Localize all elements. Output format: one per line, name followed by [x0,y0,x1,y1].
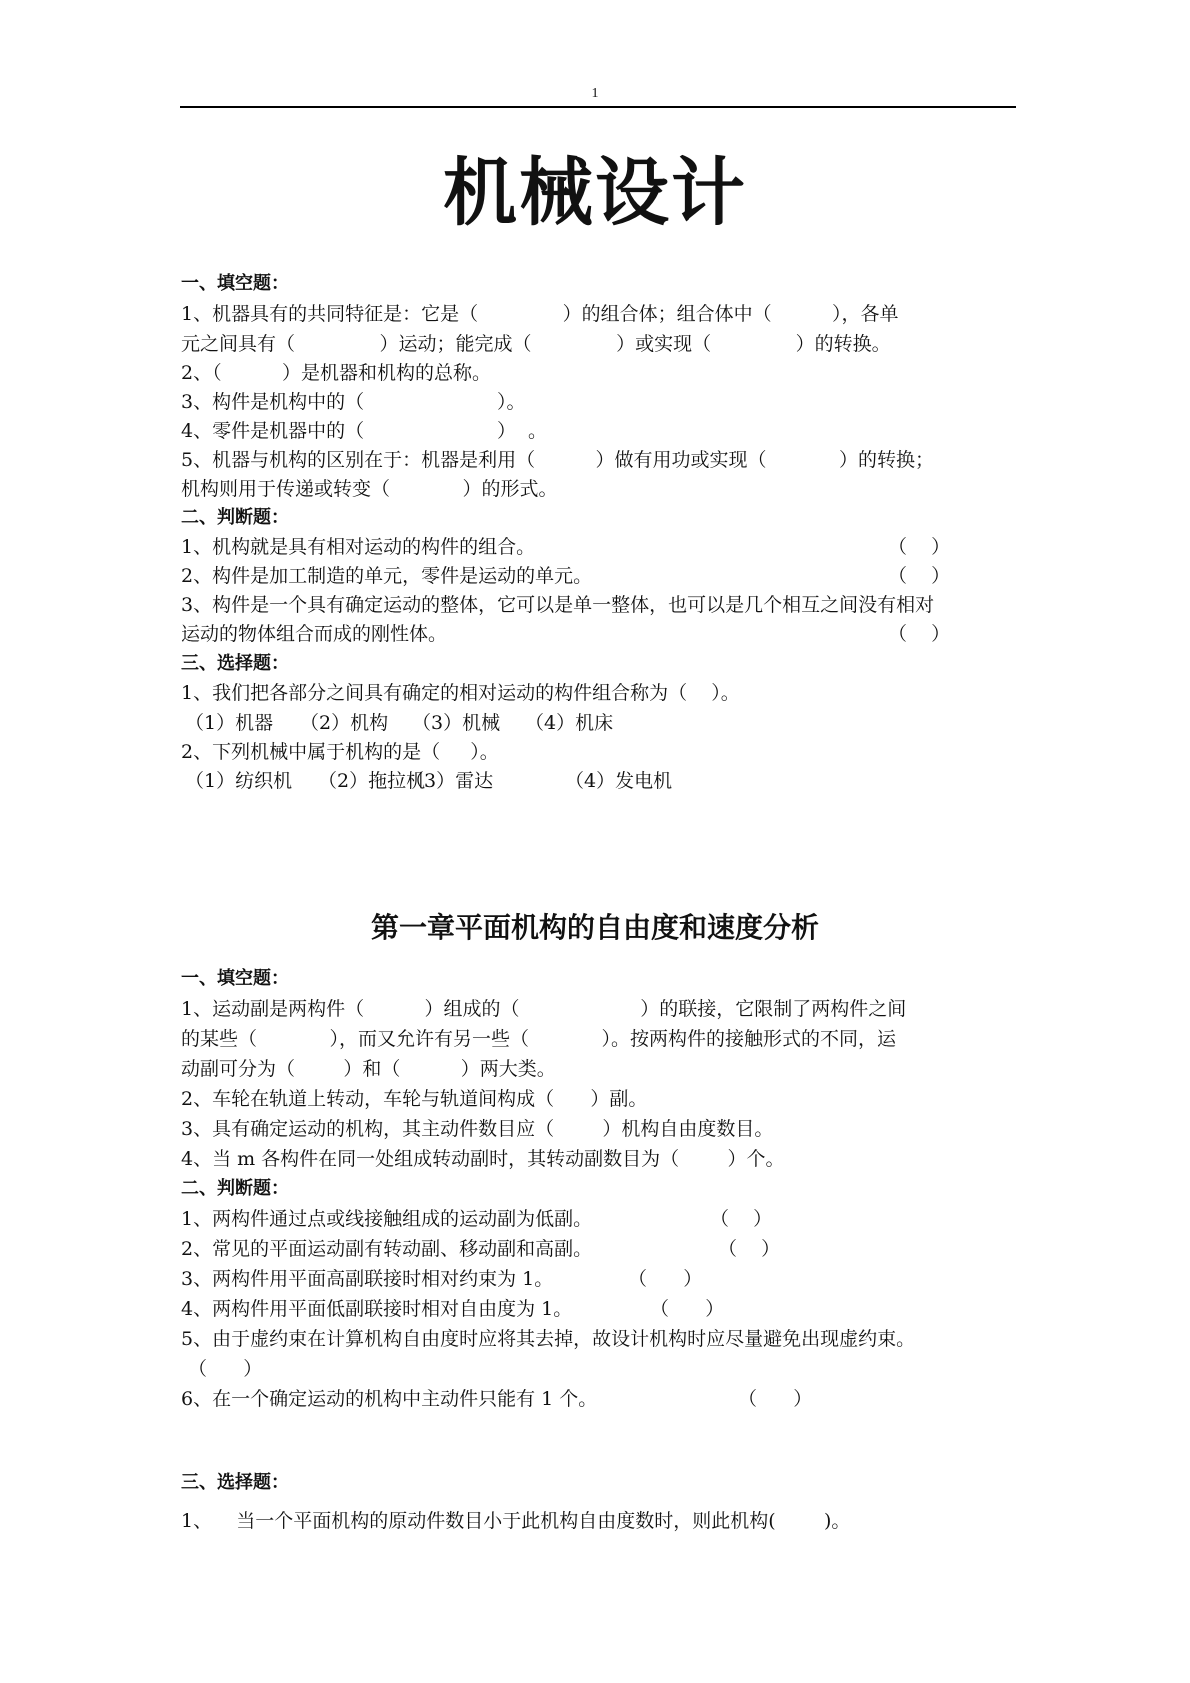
fill-line: 3、构件是机构中的（ ）。 [181,389,525,415]
choice-option: （3）雷达 [405,768,493,794]
answer-parens: （ ） [888,621,950,647]
judge-item: 运动的物体组合而成的刚性体。 [181,621,447,647]
judge-item: 2、构件是加工制造的单元，零件是运动的单元。 [181,563,592,589]
answer-parens: （ ） [628,1266,702,1292]
choice-option: （4）发电机 [565,768,672,794]
section-heading-fill: 一、填空题： [181,966,289,992]
choice-option: （4）机床 [525,710,613,736]
choice-option: （3）机械 [412,710,500,736]
judge-item: 3、构件是一个具有确定运动的整体，它可以是单一整体，也可以是几个相互之间没有相对 [181,592,934,618]
judge-item: 4、两构件用平面低副联接时相对自由度为 1。 [181,1296,572,1322]
fill-line: 动副可分为（ ）和（ ）两大类。 [181,1056,556,1082]
fill-line: 3、具有确定运动的机构，其主动件数目应（ ）机构自由度数目。 [181,1116,773,1142]
choice-option: （1）机器 [185,710,273,736]
judge-item: 1、两构件通过点或线接触组成的运动副为低副。 [181,1206,592,1232]
answer-parens: （ ） [710,1206,772,1232]
choice-option: （2）机构 [300,710,388,736]
answer-parens: （ ） [718,1236,780,1262]
judge-item: 5、由于虚约束在计算机构自由度时应将其去掉，故设计机构时应尽量避免出现虚约束。 [181,1326,915,1352]
answer-parens: （ ） [188,1356,262,1382]
fill-line: 2、（ ）是机器和机构的总称。 [181,360,491,386]
answer-parens: （ ） [888,563,950,589]
choice-question: 1、 当一个平面机构的原动件数目小于此机构自由度数时，则此机构( )。 [181,1508,850,1534]
section-heading-choice: 三、选择题： [181,651,289,677]
answer-parens: （ ） [738,1386,812,1412]
section-heading-judge: 二、判断题： [181,1176,289,1202]
header-rule [180,106,1016,108]
fill-line: 机构则用于传递或转变（ ）的形式。 [181,476,557,502]
fill-line: 元之间具有（ ）运动；能完成（ ）或实现（ ）的转换。 [181,331,891,357]
page-number: 1 [0,86,1190,102]
judge-item: 6、在一个确定运动的机构中主动件只能有 1 个。 [181,1386,597,1412]
fill-line: 的某些（ ），而又允许有另一些（ ）。按两构件的接触形式的不同，运 [181,1026,896,1052]
fill-line: 4、当 m 各构件在同一处组成转动副时，其转动副数目为（ ）个。 [181,1146,785,1172]
answer-parens: （ ） [650,1296,724,1322]
judge-item: 2、常见的平面运动副有转动副、移动副和高副。 [181,1236,592,1262]
choice-question: 1、我们把各部分之间具有确定的相对运动的构件组合称为（ ）。 [181,680,740,706]
fill-line: 5、机器与机构的区别在于：机器是利用（ ）做有用功或实现（ ）的转换； [181,447,934,473]
choice-option: （1）纺织机 [185,768,292,794]
judge-item: 1、机构就是具有相对运动的构件的组合。 [181,534,535,560]
section-heading-judge: 二、判断题： [181,505,289,531]
fill-line: 2、车轮在轨道上转动，车轮与轨道间构成（ ）副。 [181,1086,647,1112]
choice-question: 2、下列机械中属于机构的是（ ）。 [181,739,499,765]
section-heading-fill: 一、填空题： [181,271,289,297]
fill-line: 1、机器具有的共同特征是：它是（ ）的组合体；组合体中（ ），各单 [181,301,899,327]
chapter-title: 第一章平面机构的自由度和速度分析 [0,908,1190,948]
fill-line: 1、运动副是两构件（ ）组成的（ ）的联接，它限制了两构件之间 [181,996,906,1022]
fill-line: 4、零件是机器中的（ ） 。 [181,418,547,444]
document-title: 机械设计 [0,148,1190,238]
judge-item: 3、两构件用平面高副联接时相对约束为 1。 [181,1266,553,1292]
answer-parens: （ ） [888,534,950,560]
section-heading-choice: 三、选择题： [181,1470,289,1496]
